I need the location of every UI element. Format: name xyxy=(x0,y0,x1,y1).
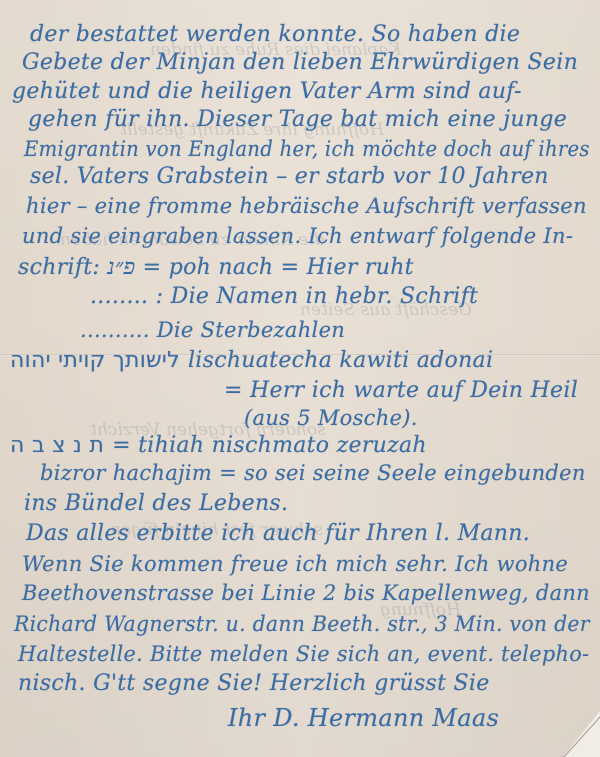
line-text: Emigrantin von England her, ich möchte d… xyxy=(24,137,590,161)
transliteration-text: lischuatecha kawiti adonai xyxy=(188,348,493,373)
handwritten-line: .......... Die Sterbezahlen xyxy=(80,318,345,342)
handwritten-line: bizror hachajim = so sei seine Seele ein… xyxy=(40,461,586,485)
line-text: gehen für ihn. Dieser Tage bat mich eine… xyxy=(28,107,567,132)
line-text: gehütet und die heiligen Vater Arm sind … xyxy=(12,79,522,104)
line-text: sel. Vaters Grabstein – er starb vor 10 … xyxy=(30,164,549,189)
line-text: Ihr D. Hermann Maas xyxy=(228,704,499,732)
line-text: schrift: פ״נ = poh nach = Hier ruht xyxy=(18,255,414,280)
line-text: Das alles erbitte ich auch für Ihren l. … xyxy=(26,521,530,546)
line-text: hier – eine fromme hebräische Aufschrift… xyxy=(26,194,587,218)
handwritten-line: Gebete der Minjan den lieben Ehrwürdigen… xyxy=(22,50,578,75)
handwritten-line: ins Bündel des Lebens. xyxy=(24,491,288,516)
line-text: nisch. G'tt segne Sie! Herzlich grüsst S… xyxy=(18,671,490,696)
hebrew-text: ת נ צ ב ה xyxy=(10,433,104,458)
line-text: der bestattet werden konnte. So haben di… xyxy=(30,22,520,47)
line-text: bizror hachajim = so sei seine Seele ein… xyxy=(40,461,586,485)
folded-corner xyxy=(563,711,600,757)
line-text: Gebete der Minjan den lieben Ehrwürdigen… xyxy=(22,50,578,75)
line-text: = Herr ich warte auf Dein Heil xyxy=(224,378,578,403)
handwritten-line: Das alles erbitte ich auch für Ihren l. … xyxy=(26,521,530,546)
line-text: Wenn Sie kommen freue ich mich sehr. Ich… xyxy=(22,552,568,576)
handwritten-line: Haltestelle. Bitte melden Sie sich an, e… xyxy=(18,642,589,666)
handwritten-line: ת נ צ ב ה= tihiah nischmato zeruzah xyxy=(10,433,427,458)
line-text: ins Bündel des Lebens. xyxy=(24,491,288,516)
handwritten-line: ........ : Die Namen in hebr. Schrift xyxy=(90,284,478,309)
handwritten-line: gehen für ihn. Dieser Tage bat mich eine… xyxy=(28,107,567,132)
handwritten-line: לישותך קויתי יהוהlischuatecha kawiti ado… xyxy=(10,348,493,373)
handwritten-line: und sie eingraben lassen. Ich entwarf fo… xyxy=(22,224,573,248)
handwritten-line: schrift: פ״נ = poh nach = Hier ruht xyxy=(18,254,414,280)
handwritten-line: Emigrantin von England her, ich möchte d… xyxy=(24,137,590,161)
handwritten-line: gehütet und die heiligen Vater Arm sind … xyxy=(12,79,522,104)
handwritten-line: nisch. G'tt segne Sie! Herzlich grüsst S… xyxy=(18,671,490,696)
line-text: .......... Die Sterbezahlen xyxy=(80,318,345,342)
letter-page: Kaplanei dies Ruhe zu finden Hoffnung ih… xyxy=(0,0,600,757)
line-text: Haltestelle. Bitte melden Sie sich an, e… xyxy=(18,642,589,666)
handwritten-line: Beethovenstrasse bei Linie 2 bis Kapelle… xyxy=(22,581,590,605)
handwritten-line: = Herr ich warte auf Dein Heil xyxy=(224,378,578,403)
handwritten-line: Wenn Sie kommen freue ich mich sehr. Ich… xyxy=(22,552,568,576)
handwritten-line: sel. Vaters Grabstein – er starb vor 10 … xyxy=(30,164,549,189)
line-text: Beethovenstrasse bei Linie 2 bis Kapelle… xyxy=(22,581,590,605)
handwritten-line: Ihr D. Hermann Maas xyxy=(228,704,499,732)
line-text: und sie eingraben lassen. Ich entwarf fo… xyxy=(22,224,573,248)
line-text: (aus 5 Mosche). xyxy=(244,406,418,430)
handwritten-line: Richard Wagnerstr. u. dann Beeth. str., … xyxy=(14,612,590,636)
line-text: Richard Wagnerstr. u. dann Beeth. str., … xyxy=(14,612,590,636)
handwritten-line: (aus 5 Mosche). xyxy=(244,406,418,430)
hebrew-text: לישותך קויתי יהוה xyxy=(10,348,180,373)
transliteration-text: = tihiah nischmato zeruzah xyxy=(112,433,427,458)
line-text: ........ : Die Namen in hebr. Schrift xyxy=(90,284,478,309)
handwritten-line: hier – eine fromme hebräische Aufschrift… xyxy=(26,194,587,218)
handwritten-line: der bestattet werden konnte. So haben di… xyxy=(30,22,520,47)
